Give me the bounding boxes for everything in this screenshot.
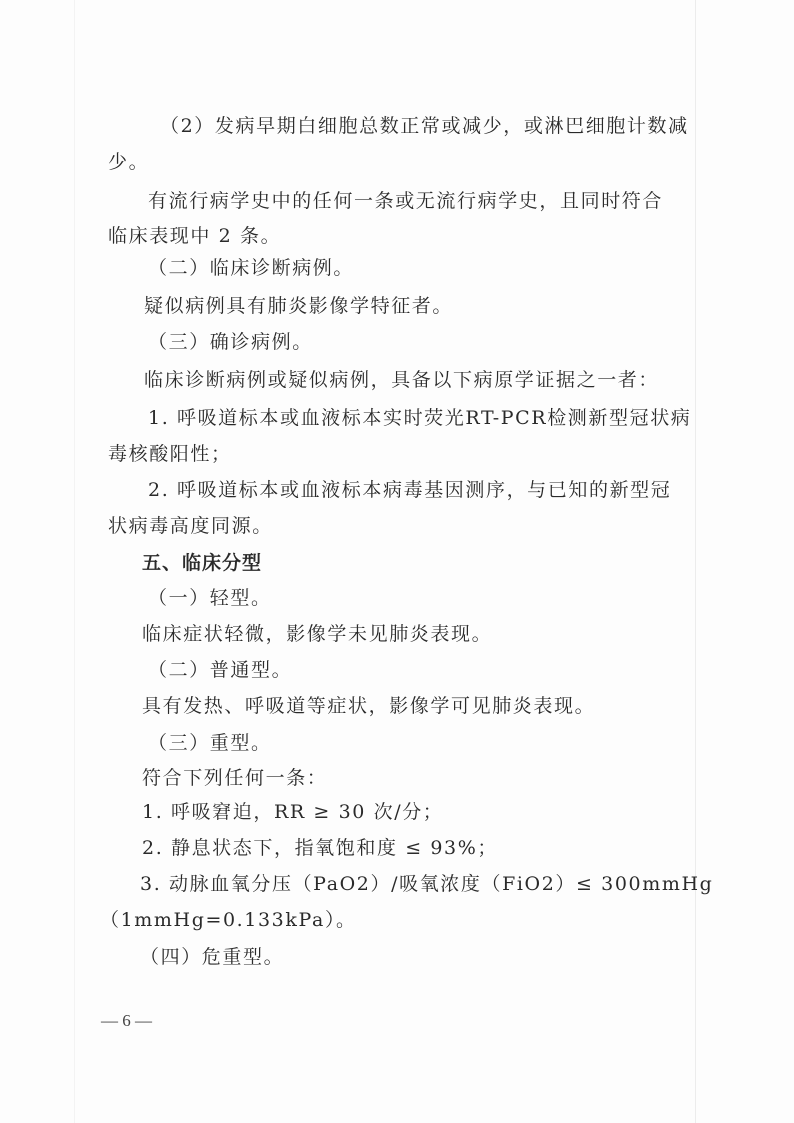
scan-edge-right: [695, 0, 696, 1123]
text-line: 2. 呼吸道标本或血液标本病毒基因测序，与已知的新型冠: [148, 478, 671, 502]
text-line: 2. 静息状态下，指氧饱和度 ≤ 93%；: [142, 836, 498, 860]
document-page: （2）发病早期白细胞总数正常或减少，或淋巴细胞计数减少。有流行病学史中的任何一条…: [0, 0, 794, 1123]
text-line: 状病毒高度同源。: [108, 514, 273, 538]
text-line: 疑似病例具有肺炎影像学特征者。: [144, 294, 453, 318]
text-line: 符合下列任何一条：: [142, 766, 327, 790]
text-line: （一）轻型。: [148, 586, 272, 610]
scan-edge-left: [74, 0, 75, 1123]
text-line: （二）普通型。: [148, 658, 292, 682]
text-line: 临床症状轻微，影像学未见肺炎表现。: [142, 622, 492, 646]
text-line: （三）确诊病例。: [148, 330, 313, 354]
text-line: （三）重型。: [148, 731, 272, 755]
text-line: 1. 呼吸窘迫，RR ≥ 30 次/分；: [142, 800, 443, 824]
text-line: （二）临床诊断病例。: [148, 256, 354, 280]
text-line: （2）发病早期白细胞总数正常或减少，或淋巴细胞计数减: [160, 114, 689, 138]
text-line: 具有发热、呼吸道等症状，影像学可见肺炎表现。: [142, 694, 595, 718]
page-number: — 6 —: [101, 1010, 152, 1032]
text-line: 有流行病学史中的任何一条或无流行病学史，且同时符合: [148, 189, 663, 213]
text-line: 临床表现中 2 条。: [108, 224, 281, 248]
text-line: 毒核酸阳性；: [108, 442, 232, 466]
text-line: （四）危重型。: [140, 945, 284, 969]
section-heading: 五、临床分型: [142, 551, 262, 575]
text-line: 3. 动脉血氧分压（PaO2）/吸氧浓度（FiO2）≤ 300mmHg: [140, 872, 713, 896]
text-line: 1. 呼吸道标本或血液标本实时荧光RT-PCR检测新型冠状病: [148, 406, 691, 430]
text-line: 临床诊断病例或疑似病例，具备以下病原学证据之一者：: [144, 368, 659, 392]
text-line: 少。: [108, 150, 149, 174]
text-line: （1mmHg=0.133kPa）。: [100, 908, 357, 932]
